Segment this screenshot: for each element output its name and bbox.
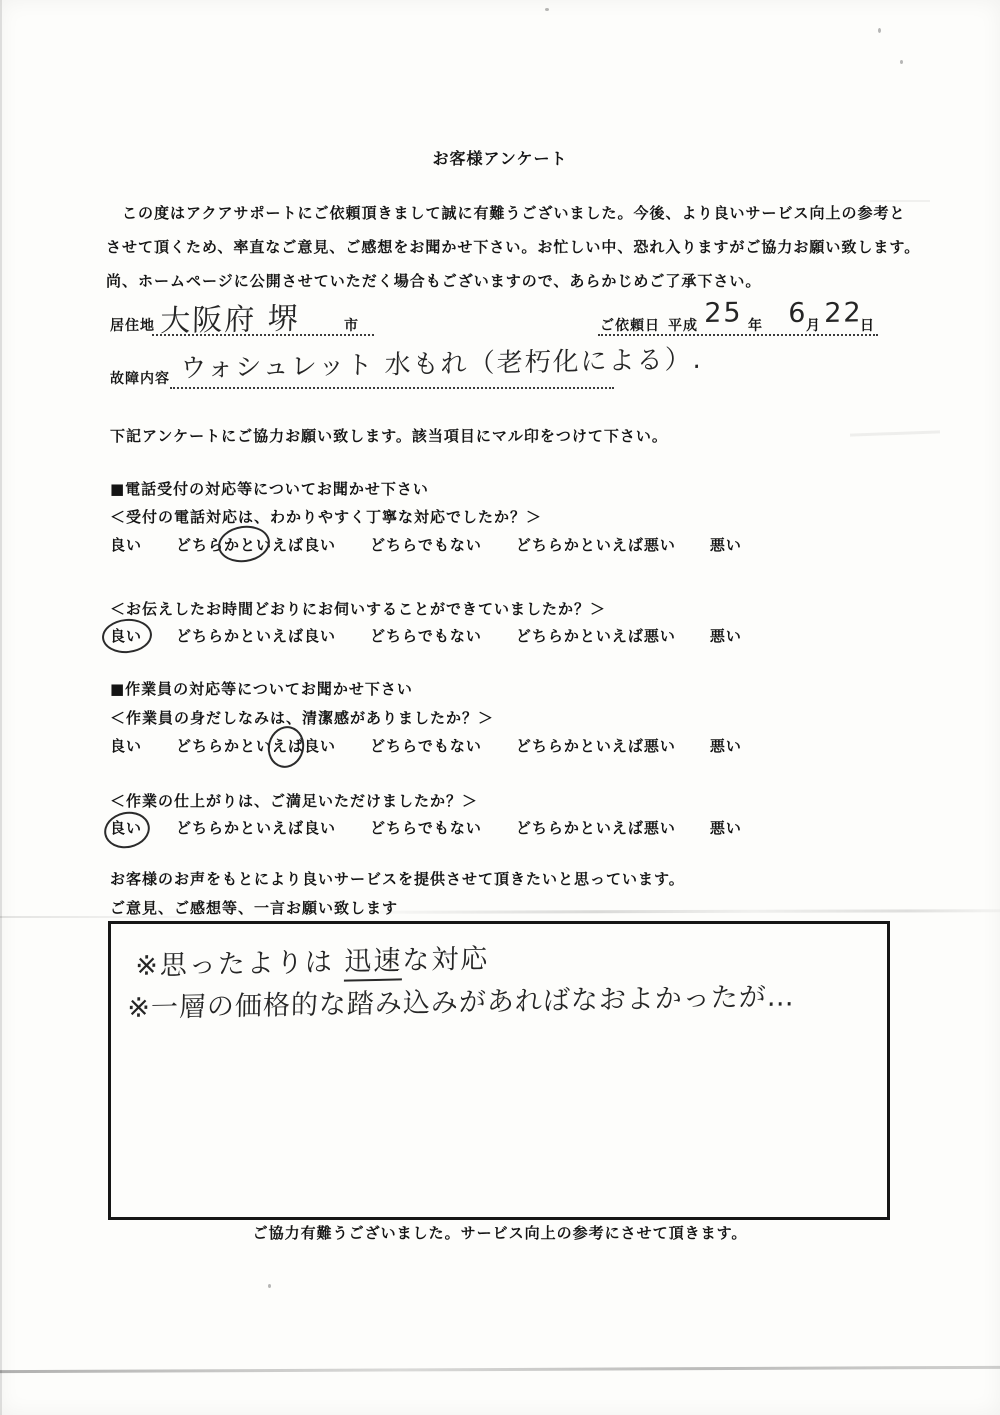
year-unit: 年 bbox=[748, 315, 763, 335]
day-unit: 日 bbox=[860, 315, 875, 335]
option-neutral: どちらでもない bbox=[370, 735, 482, 756]
month-value-handwritten: 6 bbox=[788, 298, 808, 329]
option-bad: 悪い bbox=[710, 534, 742, 555]
option-good: 良い bbox=[110, 817, 142, 838]
year-value-handwritten: 25 bbox=[704, 297, 743, 329]
question-1-prompt: ＜受付の電話対応は、わかりやすく丁寧な対応でしたか？＞ bbox=[110, 506, 542, 527]
instruction-text: 下記アンケートにご協力お願い致します。該当項目にマル印をつけて下さい。 bbox=[110, 425, 668, 446]
page-title: お客様アンケート bbox=[0, 146, 1000, 169]
option-rather-bad: どちらかといえば悪い bbox=[516, 625, 676, 646]
question-4-options: 良い どちらかといえば良い どちらでもない どちらかといえば悪い 悪い bbox=[110, 817, 742, 838]
option-rather-good: どちらかといえば良い bbox=[176, 534, 336, 555]
month-unit: 月 bbox=[806, 315, 821, 335]
intro-line: させて頂くため、率直なご意見、ご感想をお聞かせ下さい。お忙しい中、恐れ入りますが… bbox=[106, 230, 926, 264]
option-rather-good: どちらかといえば良い bbox=[176, 735, 336, 756]
request-date-label: ご依頼日 bbox=[600, 315, 660, 335]
section-2-header: ■作業員の対応等についてお聞かせ下さい bbox=[110, 678, 413, 699]
option-rather-good: どちらかといえば良い bbox=[176, 817, 336, 838]
failure-underline bbox=[170, 387, 614, 389]
closing-line-1: お客様のお声をもとにより良いサービスを提供させて頂きたいと思っています。 bbox=[110, 868, 685, 889]
scan-edge bbox=[0, 0, 2, 1415]
failure-value-handwritten: ウォシュレット 水もれ（老朽化による）. bbox=[180, 339, 703, 385]
scanned-survey-page: お客様アンケート この度はアクアサポートにご依頼頂きまして誠に有難うございました… bbox=[0, 0, 1000, 1415]
option-neutral: どちらでもない bbox=[370, 817, 482, 838]
era-label: 平成 bbox=[668, 315, 698, 335]
question-1-options: 良い どちらかといえば良い どちらでもない どちらかといえば悪い 悪い bbox=[110, 534, 742, 555]
option-rather-bad: どちらかといえば悪い bbox=[516, 534, 676, 555]
option-good: 良い bbox=[110, 625, 142, 646]
question-3-prompt: ＜作業員の身だしなみは、清潔感がありましたか？＞ bbox=[110, 707, 494, 728]
comment-line-2: ※一層の価格的な踏み込みがあればなおよかったが… bbox=[127, 974, 795, 1025]
failure-label: 故障内容 bbox=[110, 368, 170, 388]
option-neutral: どちらでもない bbox=[370, 534, 482, 555]
option-good: 良い bbox=[110, 534, 142, 555]
option-rather-good: どちらかといえば良い bbox=[176, 625, 336, 646]
option-neutral: どちらでもない bbox=[370, 625, 482, 646]
comment-box: ※思ったよりは 迅速な対応 ※一層の価格的な踏み込みがあればなおよかったが… bbox=[108, 921, 890, 1220]
option-bad: 悪い bbox=[710, 625, 742, 646]
intro-line: 尚、ホームページに公開させていただく場合もございますので、あらかじめご了承下さい… bbox=[106, 264, 926, 298]
intro-paragraph: この度はアクアサポートにご依頼頂きまして誠に有難うございました。今後、より良いサ… bbox=[106, 196, 926, 298]
scan-crease bbox=[380, 909, 1000, 914]
question-2-prompt: ＜お伝えしたお時間どおりにお伺いすることができていましたか？＞ bbox=[110, 598, 606, 619]
residence-label: 居住地 bbox=[110, 315, 155, 335]
day-value-handwritten: 22 bbox=[824, 297, 863, 329]
option-rather-bad: どちらかといえば悪い bbox=[516, 735, 676, 756]
residence-unit: 市 bbox=[344, 315, 359, 335]
intro-line: この度はアクアサポートにご依頼頂きまして誠に有難うございました。今後、より良いサ… bbox=[106, 196, 926, 230]
request-date-underline bbox=[598, 334, 878, 336]
closing-line-2: ご意見、ご感想等、一言お願い致します bbox=[110, 897, 398, 918]
section-1-header: ■電話受付の対応等についてお聞かせ下さい bbox=[110, 478, 429, 499]
option-rather-bad: どちらかといえば悪い bbox=[516, 817, 676, 838]
scan-smudge bbox=[850, 430, 940, 436]
footer-note: ご協力有難うございました。サービス向上の参考にさせて頂きます。 bbox=[0, 1222, 1000, 1243]
option-good: 良い bbox=[110, 735, 142, 756]
scan-crease bbox=[0, 1366, 1000, 1373]
question-3-options: 良い どちらかといえば良い どちらでもない どちらかといえば悪い 悪い bbox=[110, 735, 742, 756]
option-bad: 悪い bbox=[710, 817, 742, 838]
comment-line-1: ※思ったよりは 迅速な対応 bbox=[135, 937, 490, 983]
underlined-word: 迅速 bbox=[344, 945, 402, 981]
option-bad: 悪い bbox=[710, 735, 742, 756]
question-4-prompt: ＜作業の仕上がりは、ご満足いただけましたか？＞ bbox=[110, 790, 478, 811]
question-2-options: 良い どちらかといえば良い どちらでもない どちらかといえば悪い 悪い bbox=[110, 625, 742, 646]
residence-value-handwritten: 大阪府 堺 bbox=[160, 294, 300, 340]
